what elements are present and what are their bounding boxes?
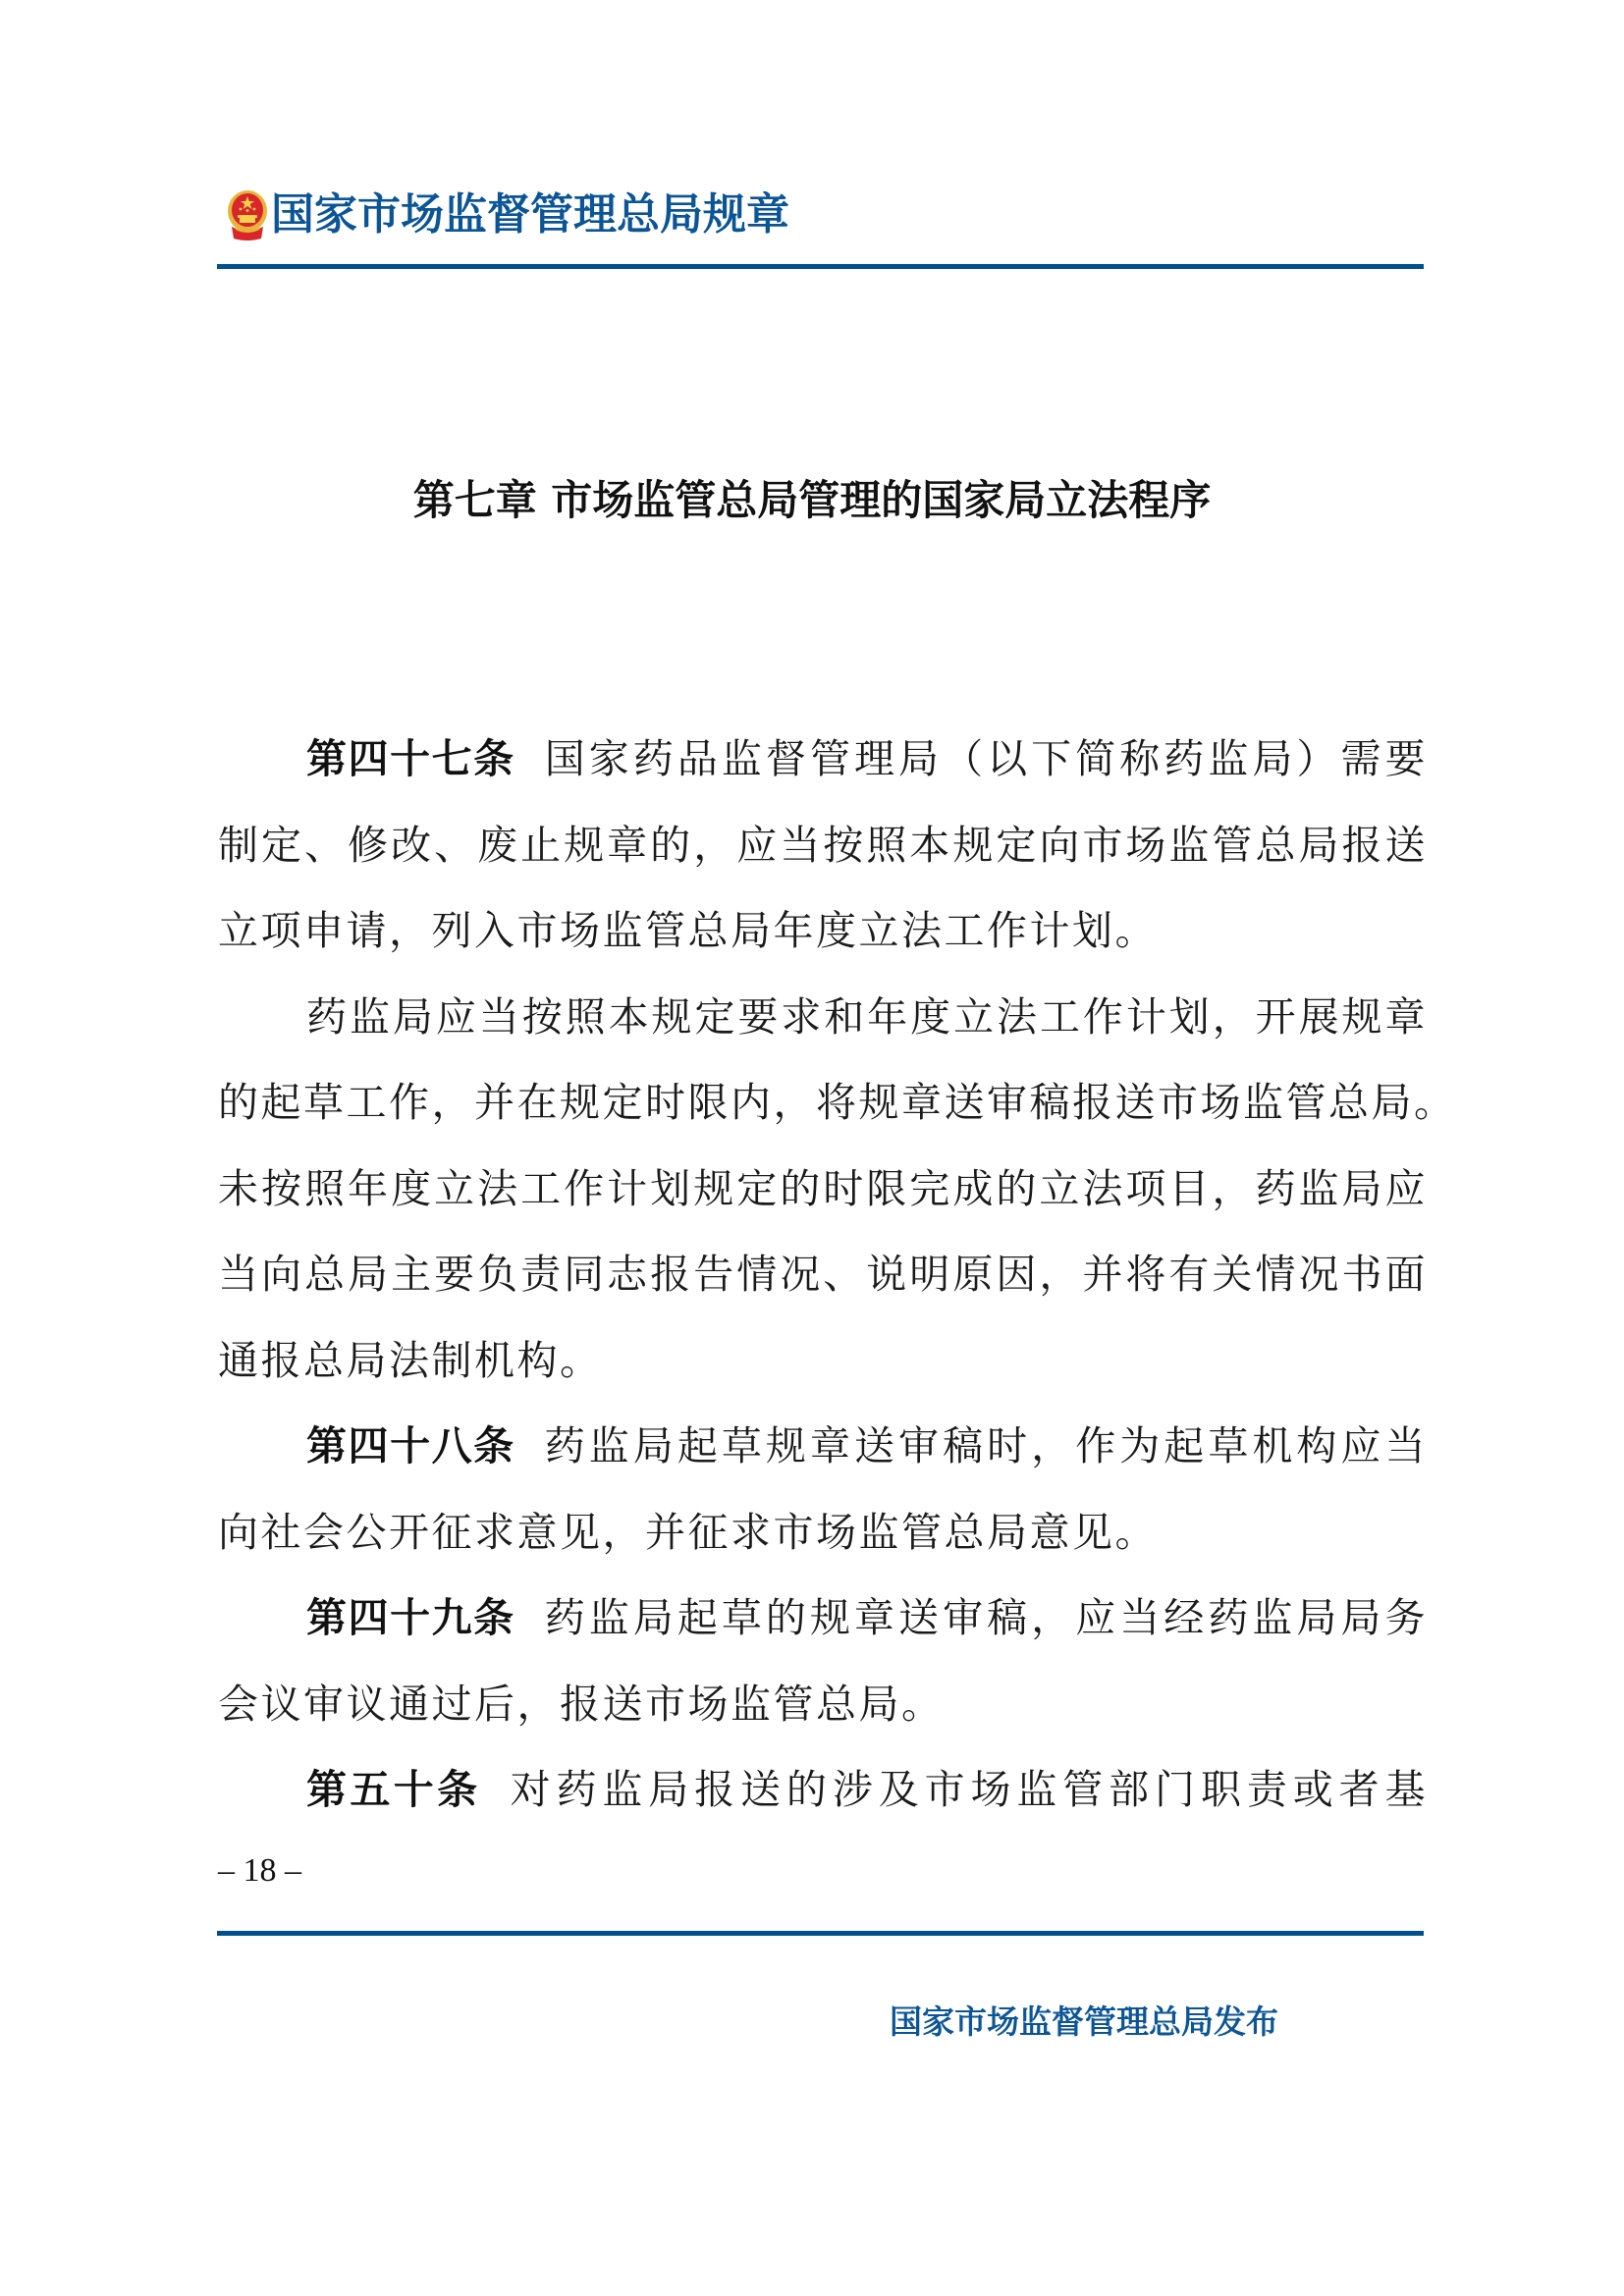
- document-body: 第四十七条国家药品监督管理局（以下简称药监局）需要 制定、修改、废止规章的，应当…: [218, 717, 1428, 1834]
- article-text-line: 未按照年度立法工作计划规定的时限完成的立法项目，药监局应: [218, 1147, 1428, 1233]
- article-label: 第五十条: [306, 1766, 481, 1813]
- article-48: 第四十八条药监局起草规章送审稿时，作为起草机构应当 向社会公开征求意见，并征求市…: [218, 1404, 1428, 1575]
- article-label: 第四十八条: [306, 1422, 515, 1469]
- article-text-line: 对药监局报送的涉及市场监管部门职责或者基: [511, 1766, 1428, 1813]
- article-text-line: 会议审议通过后，报送市场监管总局。: [218, 1662, 1428, 1748]
- header-title: 国家市场监督管理总局规章: [271, 183, 789, 247]
- chapter-title: 第七章 市场监管总局管理的国家局立法程序: [0, 471, 1624, 530]
- article-text-line: 药监局应当按照本规定要求和年度立法工作计划，开展规章: [218, 975, 1428, 1061]
- article-text-line: 药监局起草的规章送审稿，应当经药监局局务: [545, 1594, 1428, 1641]
- article-label: 第四十九条: [306, 1594, 515, 1641]
- page-number: – 18 –: [218, 1849, 301, 1893]
- article-text-line: 国家药品监督管理局（以下简称药监局）需要: [545, 735, 1428, 782]
- article-49: 第四十九条药监局起草的规章送审稿，应当经药监局局务 会议审议通过后，报送市场监管…: [218, 1575, 1428, 1747]
- article-text-line: 向社会公开征求意见，并征求市场监管总局意见。: [218, 1490, 1428, 1576]
- article-text-line: 立项申请，列入市场监管总局年度立法工作计划。: [218, 888, 1428, 975]
- article-label: 第四十七条: [306, 735, 515, 782]
- national-emblem-icon: [226, 187, 269, 242]
- footer-publisher: 国家市场监督管理总局发布: [890, 1999, 1278, 2046]
- article-text-line: 通报总局法制机构。: [218, 1318, 1428, 1405]
- article-text-line: 当向总局主要负责同志报告情况、说明原因，并将有关情况书面: [218, 1232, 1428, 1318]
- article-50: 第五十条对药监局报送的涉及市场监管部门职责或者基: [218, 1747, 1428, 1834]
- header-rule: [217, 264, 1424, 269]
- article-47-paragraph-2: 药监局应当按照本规定要求和年度立法工作计划，开展规章 的起草工作，并在规定时限内…: [218, 975, 1428, 1405]
- footer-rule: [217, 1931, 1424, 1936]
- article-text-line: 药监局起草规章送审稿时，作为起草机构应当: [545, 1422, 1428, 1469]
- article-text-line: 的起草工作，并在规定时限内，将规章送审稿报送市场监管总局。: [218, 1060, 1428, 1147]
- article-47: 第四十七条国家药品监督管理局（以下简称药监局）需要 制定、修改、废止规章的，应当…: [218, 717, 1428, 975]
- article-text-line: 制定、修改、废止规章的，应当按照本规定向市场监管总局报送: [218, 803, 1428, 889]
